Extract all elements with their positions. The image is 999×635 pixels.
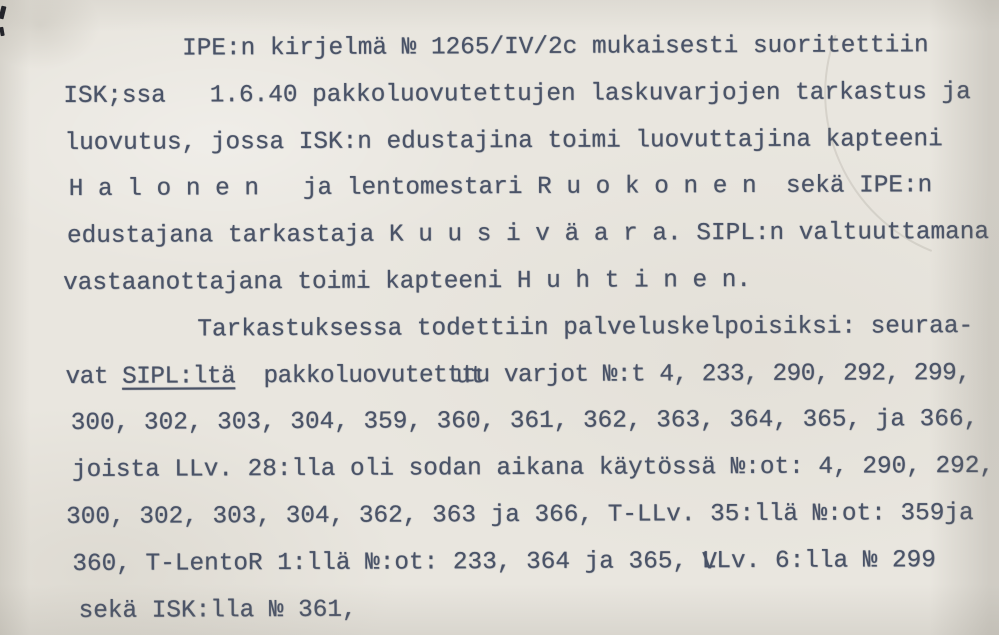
text-segment: vastaanottajana toimi kapteeni H u h t i…	[63, 267, 751, 297]
text-segment: luovutus, jossa ISK:n edustajina toimi l…	[64, 126, 942, 157]
text-line: 300, 302, 303, 304, 362, 363 ja 366, T-L…	[2, 491, 999, 542]
text-line: vastaanottajana toimi kapteeni H u h t i…	[1, 257, 999, 308]
text-line: IPE:n kirjelmä № 1265/IV/2c mukaisesti s…	[0, 23, 999, 74]
scanned-document-page: { "page": { "paper_color": "#e9e6df", "i…	[0, 0, 999, 635]
text-segment: edustajana tarkastaja K u u s i v ä a r …	[67, 219, 989, 250]
text-segment: 360, T-LentoR 1:llä №:ot: 233, 364 ja 36…	[72, 548, 702, 578]
text-line: joista LLv. 28:lla oli sodan aikana käyt…	[2, 444, 999, 495]
text-line: 360, T-LentoR 1:llä №:ot: 233, 364 ja 36…	[2, 538, 999, 589]
text-segment: Tarkastuksessa todettiin palveluskelpois…	[197, 313, 973, 343]
text-line: vat SIPL:ltä pakkoluovutetttuut varjot №…	[1, 350, 999, 401]
overstrike-characters: ttuut	[447, 353, 490, 400]
text-segment: pakkoluovutet	[235, 362, 447, 390]
text-segment: sekä ISK:lla № 361,	[78, 596, 356, 624]
text-line: luovutus, jossa ISK:n edustajina toimi l…	[0, 116, 999, 167]
text-line: sekä ISK:lla № 361,	[2, 584, 999, 635]
text-segment: 300, 302, 303, 304, 359, 360, 361, 362, …	[71, 406, 979, 437]
text-segment: 300, 302, 303, 304, 362, 363 ja 366, T-L…	[66, 500, 974, 531]
text-segment: IPE:n kirjelmä № 1265/IV/2c mukaisesti s…	[182, 32, 929, 62]
text-line: edustajana tarkastaja K u u s i v ä a r …	[1, 210, 999, 261]
text-segment: joista LLv. 28:lla oli sodan aikana käyt…	[72, 453, 994, 484]
text-line: ISK;ssa 1.6.40 pakkoluovutettujen laskuv…	[0, 70, 999, 121]
text-segment: vat	[65, 363, 122, 390]
text-segment: SIPL:ltä	[122, 363, 235, 390]
text-segment: varjot №:t 4, 233, 290, 292, 299,	[490, 360, 971, 389]
document-text: IPE:n kirjelmä № 1265/IV/2c mukaisesti s…	[0, 23, 999, 635]
text-segment: H a l o n e n ja lentomestari R u o k o …	[69, 173, 933, 204]
text-line: Tarkastuksessa todettiin palveluskelpois…	[1, 304, 999, 355]
text-segment: ISK;ssa 1.6.40 pakkoluovutettujen laskuv…	[63, 79, 971, 110]
text-line: 300, 302, 303, 304, 359, 360, 361, 362, …	[2, 397, 999, 448]
scan-speck	[0, 6, 6, 20]
text-line: H a l o n e n ja lentomestari R u o k o …	[1, 163, 999, 214]
overstrike-characters: LV	[702, 539, 717, 586]
text-segment: Lv. 6:lla № 299	[716, 547, 936, 575]
